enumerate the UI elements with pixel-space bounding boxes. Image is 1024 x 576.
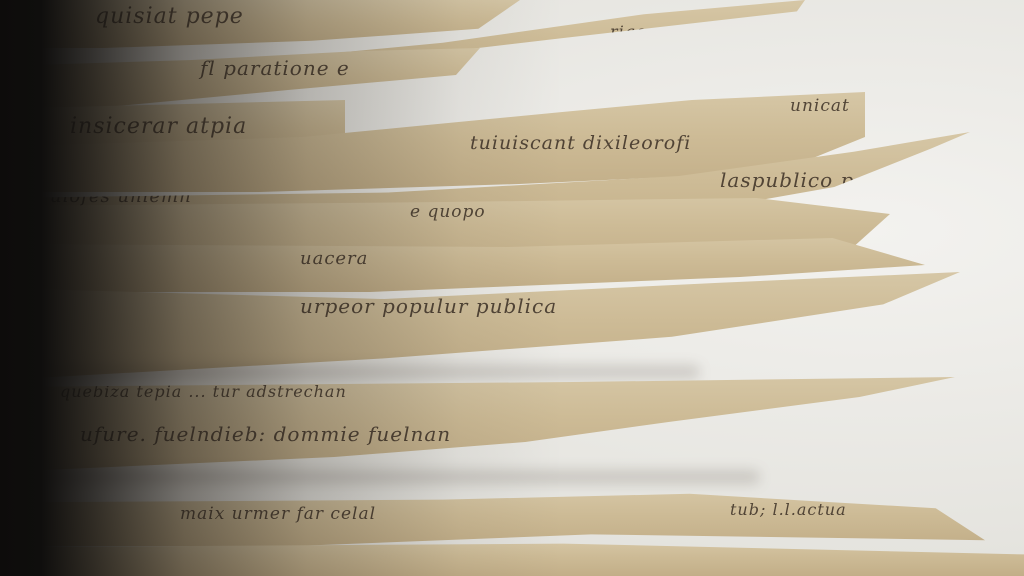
strip-text: tub; l.l.actua bbox=[730, 500, 847, 519]
strip-text: unicat bbox=[790, 96, 850, 116]
strip-text: laspublico pe bbox=[720, 168, 867, 192]
strip-shadow bbox=[0, 365, 700, 379]
parchment-strip: quisiat pepe bbox=[0, 0, 520, 48]
parchment-strip: quebiza tepia ... tur adstrechan ufure. … bbox=[0, 372, 955, 472]
strip-text: maix urmer far celal bbox=[180, 504, 376, 524]
strip-text: ufure. fuelndieb: dommie fuelnan bbox=[80, 422, 451, 446]
strip-text: insicerar atpia bbox=[70, 114, 247, 139]
strip-text: urpeor populur publica bbox=[300, 294, 557, 318]
strip-text: uacera bbox=[300, 248, 368, 269]
strip-text: quisiat pepe bbox=[95, 4, 244, 29]
strip-text: e quopo bbox=[410, 202, 486, 222]
strip-text: quebiza tepia ... tur adstrechan bbox=[60, 382, 347, 401]
parchment-strip: maix urmer far celal tub; l.l.actua bbox=[0, 488, 985, 546]
photo-background: quisiat pepe rigen fl paratione e insice… bbox=[0, 0, 1024, 576]
strip-text: tuiuiscant dixileorofi bbox=[470, 132, 691, 154]
strip-text: fl paratione e bbox=[200, 56, 350, 80]
strip-shadow bbox=[0, 470, 760, 484]
parchment-strip: fl paratione e bbox=[0, 48, 480, 108]
strip-text: rigen bbox=[610, 22, 658, 41]
